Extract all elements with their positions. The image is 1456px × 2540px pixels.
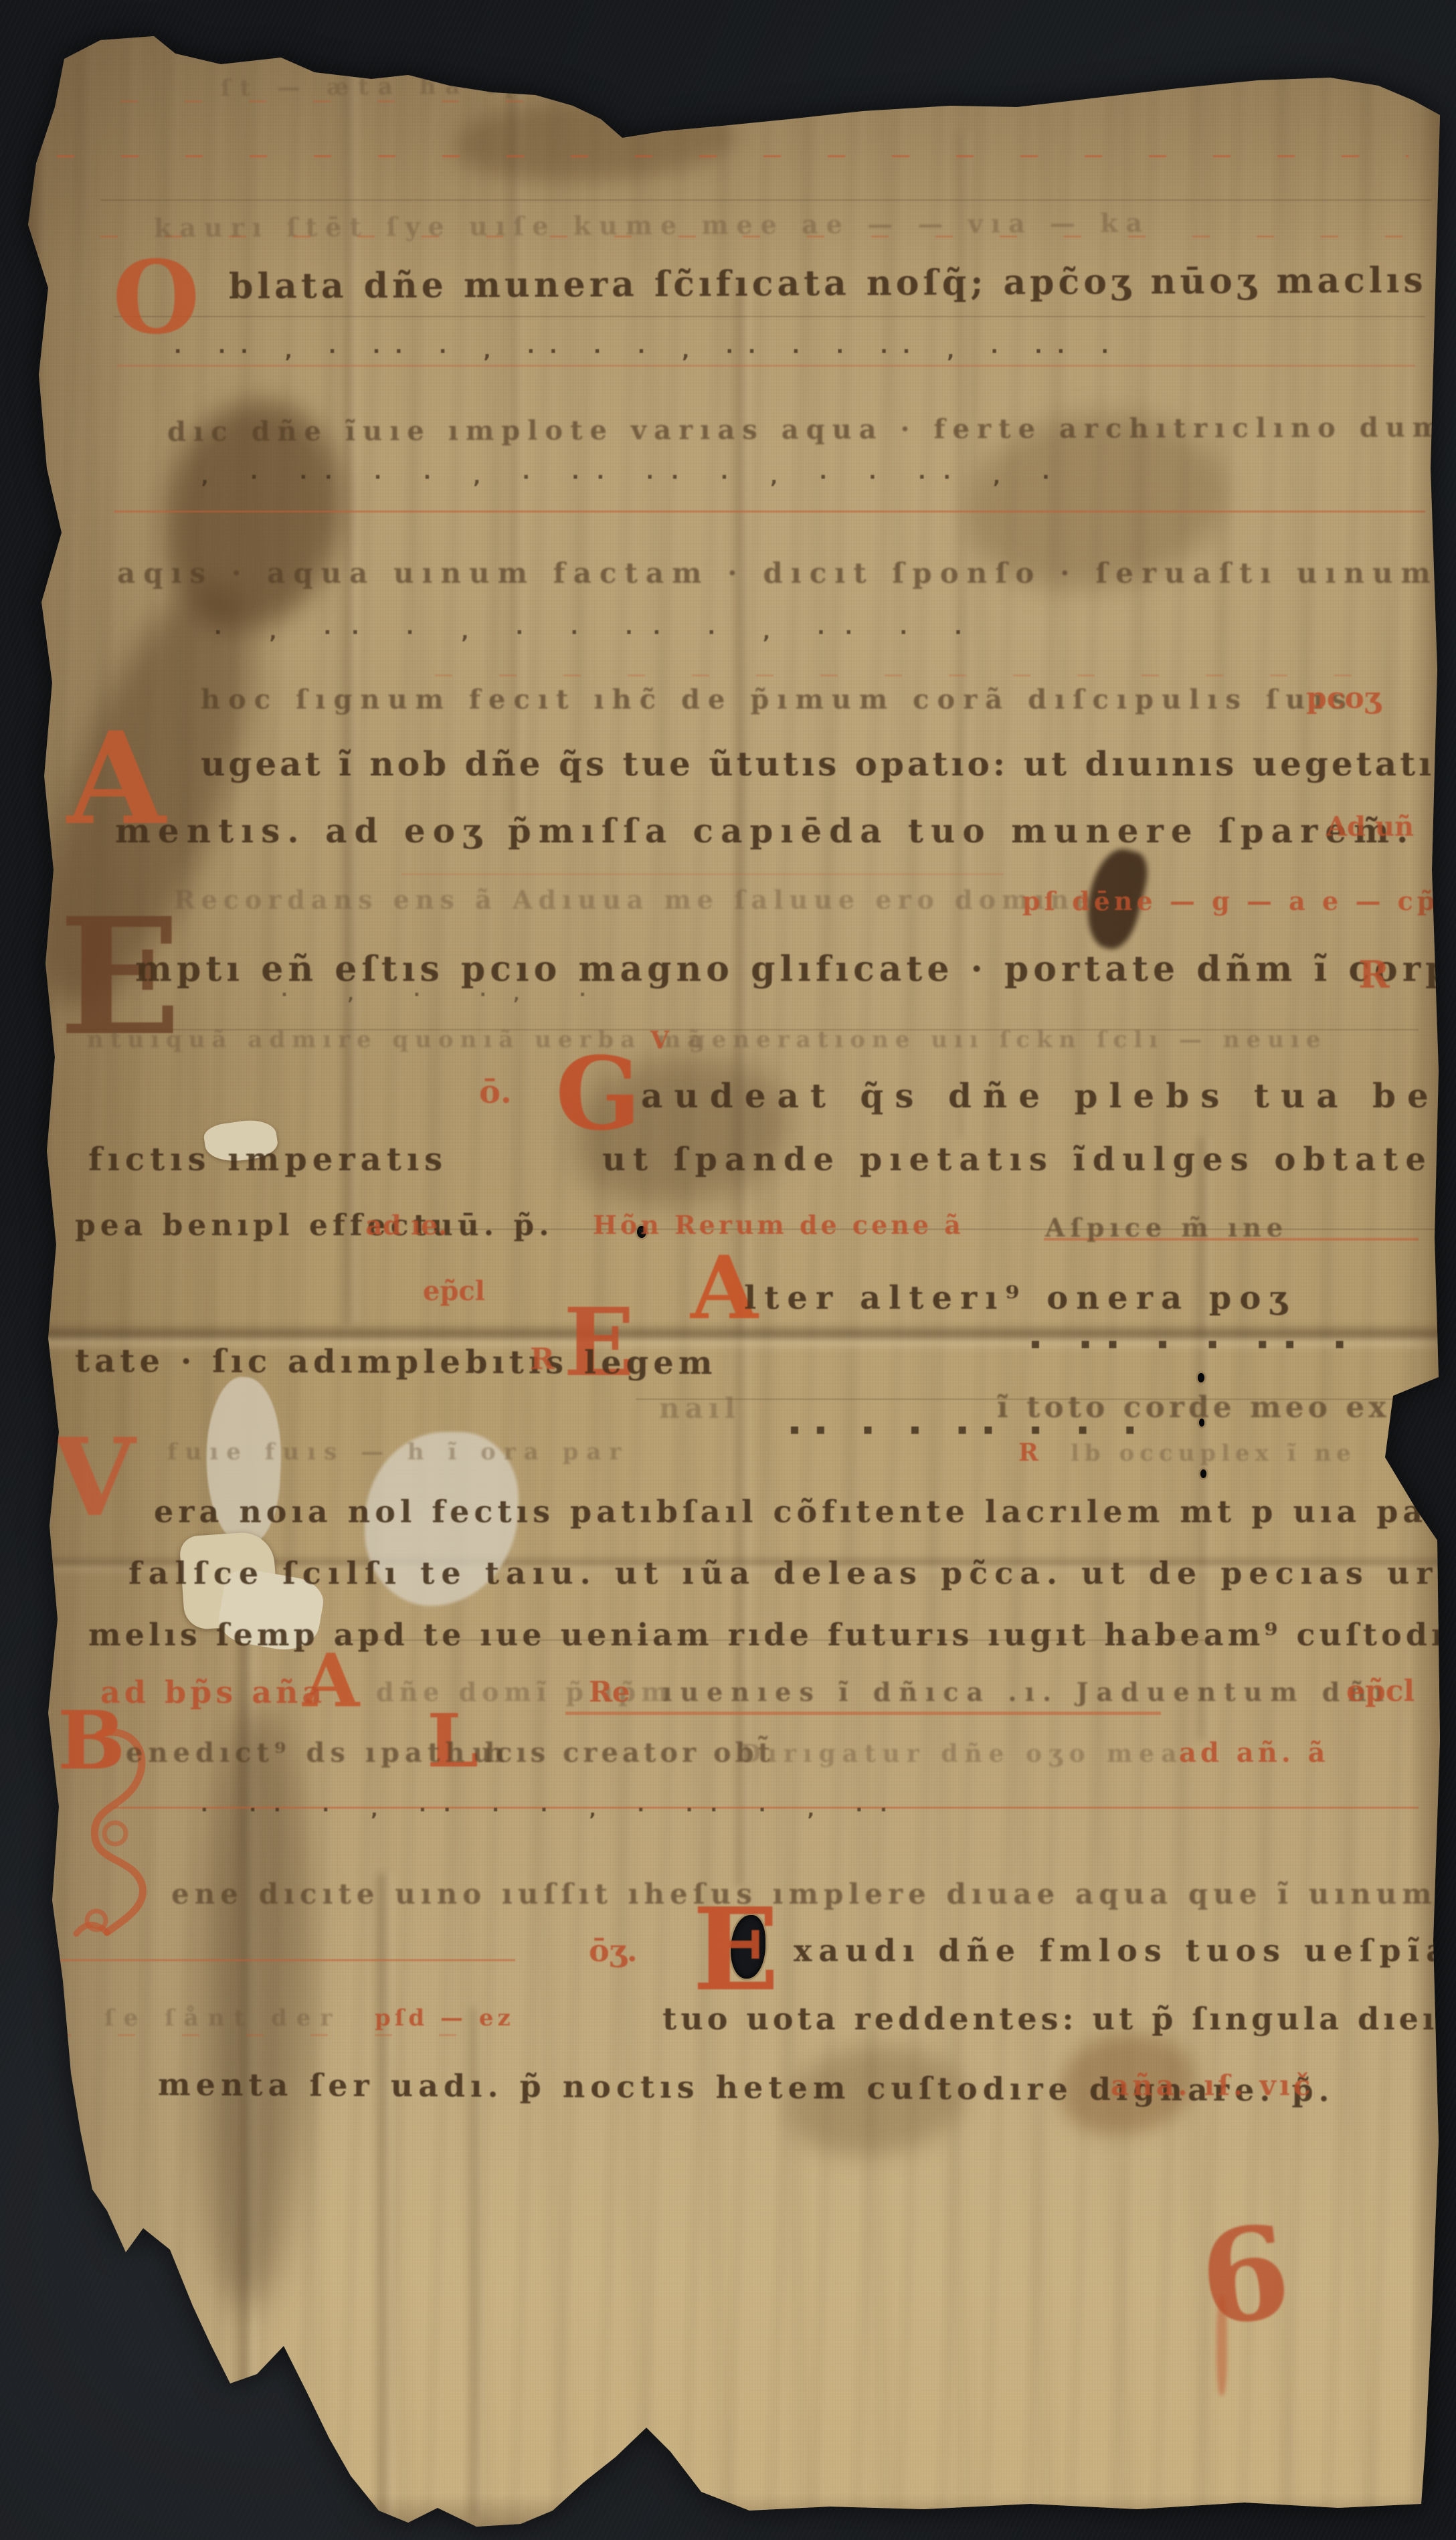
rubric: ad ıe.: [365, 1210, 447, 1241]
text-line: ucıs creator obt̃: [472, 1737, 774, 1768]
text-line: naıl: [659, 1392, 741, 1425]
text-line: hoc ſıgnum fecıt ıhc̃ de p̃ımum corã dıſ…: [201, 684, 1354, 715]
ruling-line: [114, 511, 1425, 513]
text-line: Recordans ens ã Adıuua me ſaluue ero dom…: [174, 885, 1097, 915]
rubric: ep̃cl: [1346, 1674, 1415, 1708]
text-line: ut ſpande pıetatıs ĩdulges obtate mıe: [602, 1141, 1456, 1178]
text-line: ntuıquã admıre quonıã uerba mã: [87, 1026, 709, 1053]
ruling-line: [401, 873, 1004, 875]
text-line: ſe ſånt der: [104, 2005, 341, 2031]
text-line: ıuenıes ĩ dñıca .ı. Jaduentum dñı: [662, 1677, 1392, 1707]
rubric: ad bp̃s aña: [100, 1674, 326, 1710]
neume-row: ▪ ▪▪ ▪ ▪ ▪▪ ▪: [1030, 1336, 1362, 1352]
ruling-line: [120, 100, 776, 102]
rubric: V: [650, 1026, 669, 1055]
rubric: Ad uñ: [1326, 811, 1414, 842]
rubric: Hõn Rerum de cene ã: [593, 1210, 964, 1240]
rubric: R: [1358, 953, 1390, 997]
text-line: xaudı dñe fmlos tuos ueſpĩa nun: [794, 1932, 1456, 1969]
text-line: enedıct⁹ ds ıpath h: [126, 1737, 509, 1768]
text-line: lter alterı⁹ onera poʒ: [744, 1279, 1295, 1317]
rubric: pſ dēne — g — a e — cp̃: [1022, 886, 1439, 916]
initial-O: O: [112, 253, 200, 343]
rubric: pſd — ez: [375, 2005, 515, 2031]
rubric: ōʒ.: [589, 1932, 638, 1969]
vertical-crease: [375, 1874, 397, 2529]
text-line: ſt — æta ha ıpıus o — nues nec aımo: [221, 68, 1010, 102]
neume-row: ‚ · ·· · · ‚ · ·· ·· · ‚ · · ·· ‚ ·: [201, 466, 1067, 489]
text-line: tuo uota reddentes: ut p̃ ſıngula dıeı m…: [662, 2001, 1456, 2037]
guide-line: [100, 199, 1432, 201]
text-line: Dırıgatur dñe oʒo mea: [740, 1740, 1183, 1768]
ruling-line: [54, 1959, 515, 1961]
text-line: lb occuplex ĩ ne: [1071, 1440, 1356, 1467]
rubric: ep̃cl: [423, 1275, 485, 1307]
rubric: pcoʒ: [1306, 681, 1381, 715]
text-line: ugeat ĩ nob dñe q̃s tue ũtutıs opatıo: u…: [201, 744, 1456, 784]
rubric: ad añ. ã: [1179, 1737, 1330, 1768]
rubric: R: [530, 1342, 555, 1376]
ruling-line: [117, 365, 1415, 367]
rubric: R: [1018, 1439, 1038, 1467]
text-line: generatıone uıı ſckn ſclı — neuıe: [689, 1026, 1327, 1053]
text-line: audeat q̃s dñe plebs tua bene: [641, 1076, 1456, 1115]
text-line: fuıe fuıs — h ĩ ora par: [167, 1439, 629, 1465]
parchment-leaf: · ·· ‚ · ·· · ‚ ·· · · ‚ ·· · · ·· ‚ · ·…: [0, 0, 1456, 2540]
text-line: dıc dñe ĩuıe ımplote varıas aqua · ferte…: [167, 412, 1456, 448]
stain-top-center: [455, 100, 736, 181]
text-line: era noıa nol fectıs patıbſaıl cõfıtente …: [154, 1493, 1456, 1530]
folio-number: 6: [1193, 2197, 1297, 2355]
parchment-wrap: · ·· ‚ · ·· · ‚ ·· · · ‚ ·· · · ·· ‚ · ·…: [0, 0, 1456, 2540]
text-line: pea benıpl effectuū. p̃.: [75, 1208, 554, 1243]
text-line: falſce ſcılſı te taıu. ut ıũa deleas pc̃…: [128, 1555, 1456, 1591]
text-line: Aſpıce m̃ ıne: [1045, 1212, 1288, 1243]
neume-row: · ·· ‚ · ·· · ‚ ·· · · ‚ ·· · · ·· ‚ · ·…: [174, 340, 1123, 363]
text-line: tate · ſıc adımplebıtıs legem: [75, 1342, 717, 1382]
ruling-line: [57, 155, 1408, 157]
text-line: mentıs. ad eoʒ p̃mıſſa capıēda tuo muner…: [115, 811, 1456, 850]
ruling-line: [435, 674, 1392, 676]
text-line: fıctıs ımperatıs: [88, 1141, 448, 1178]
text-line: mptı eñ eſtıs pcıo magno glıfıcate · por…: [135, 949, 1456, 990]
rubric: ō.: [479, 1073, 512, 1111]
rubric: Re: [589, 1675, 630, 1708]
photo-stage: · ·· ‚ · ·· · ‚ ·· · · ‚ ·· · · ·· ‚ · ·…: [0, 0, 1456, 2540]
text-line: melıs ſemp apd te ıue ueniam rıde futurı…: [88, 1617, 1456, 1653]
text-line: ene dıcıte uıno ıuſſıt ıheſus ımplere dı…: [171, 1878, 1456, 1910]
text-line: blata dñe munera ſc̃ıfıcata noſq̃; apc̃o…: [229, 259, 1456, 307]
rubric: aña. ıſ. vıč: [1111, 2069, 1313, 2102]
ruling-line: [54, 2034, 475, 2036]
stitch-hole: [1200, 1469, 1206, 1478]
guide-line: [114, 316, 1425, 317]
initial-E3: E: [693, 1899, 780, 2001]
stitch-hole: [1198, 1373, 1204, 1382]
text-line: ĩ toto corde meo exaudı̃: [997, 1390, 1456, 1425]
neume-row: · ‚ ·· · ‚ · · ·· · ‚ ·· · ·: [214, 621, 982, 644]
initial-G: G: [555, 1049, 641, 1140]
rubric-underline: [565, 1712, 1161, 1715]
neume-row: · ·· · ‚ ·· · · ‚ · ·· · ‚ ··: [201, 1799, 905, 1821]
text-line: kaurı ſtēt ſye uıſe kume mee ae — — vıa …: [154, 207, 1150, 243]
initial-V: V: [52, 1429, 135, 1526]
text-line: aqıs · aqua uınum factam · dıcıt ſponſo …: [117, 557, 1456, 589]
